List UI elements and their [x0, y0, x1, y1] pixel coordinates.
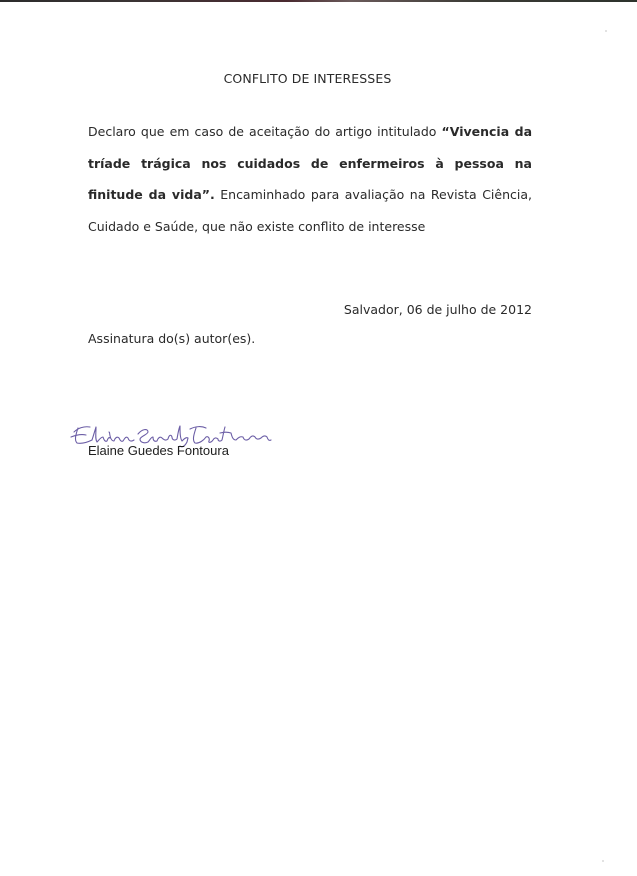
place-date: Salvador, 06 de julho de 2012 [344, 302, 532, 317]
paragraph-line-3: finitude da vida”. Encaminhado para aval… [88, 179, 532, 211]
signature-label: Assinatura do(s) autor(es). [88, 331, 255, 346]
scan-speck [602, 860, 604, 862]
scan-speck [605, 30, 607, 32]
author-name: Elaine Guedes Fontoura [88, 443, 229, 458]
paragraph-line-4: Cuidado e Saúde, que não existe conflito… [88, 211, 532, 243]
scan-edge [0, 0, 637, 2]
article-title-end: finitude da vida”. [88, 187, 215, 202]
article-title-start: “Vivencia da [442, 124, 532, 139]
paragraph-line-2: tríade trágica nos cuidados de enfermeir… [88, 148, 532, 180]
document-title: CONFLITO DE INTERESSES [0, 71, 637, 86]
declaration-paragraph: Declaro que em caso de aceitação do arti… [88, 116, 532, 242]
paragraph-line-3-normal: Encaminhado para avaliação na Revista Ci… [215, 187, 532, 202]
document-title-text: CONFLITO DE INTERESSES [224, 71, 392, 86]
paragraph-line-1: Declaro que em caso de aceitação do arti… [88, 116, 532, 148]
paragraph-line-1-normal: Declaro que em caso de aceitação do arti… [88, 124, 442, 139]
